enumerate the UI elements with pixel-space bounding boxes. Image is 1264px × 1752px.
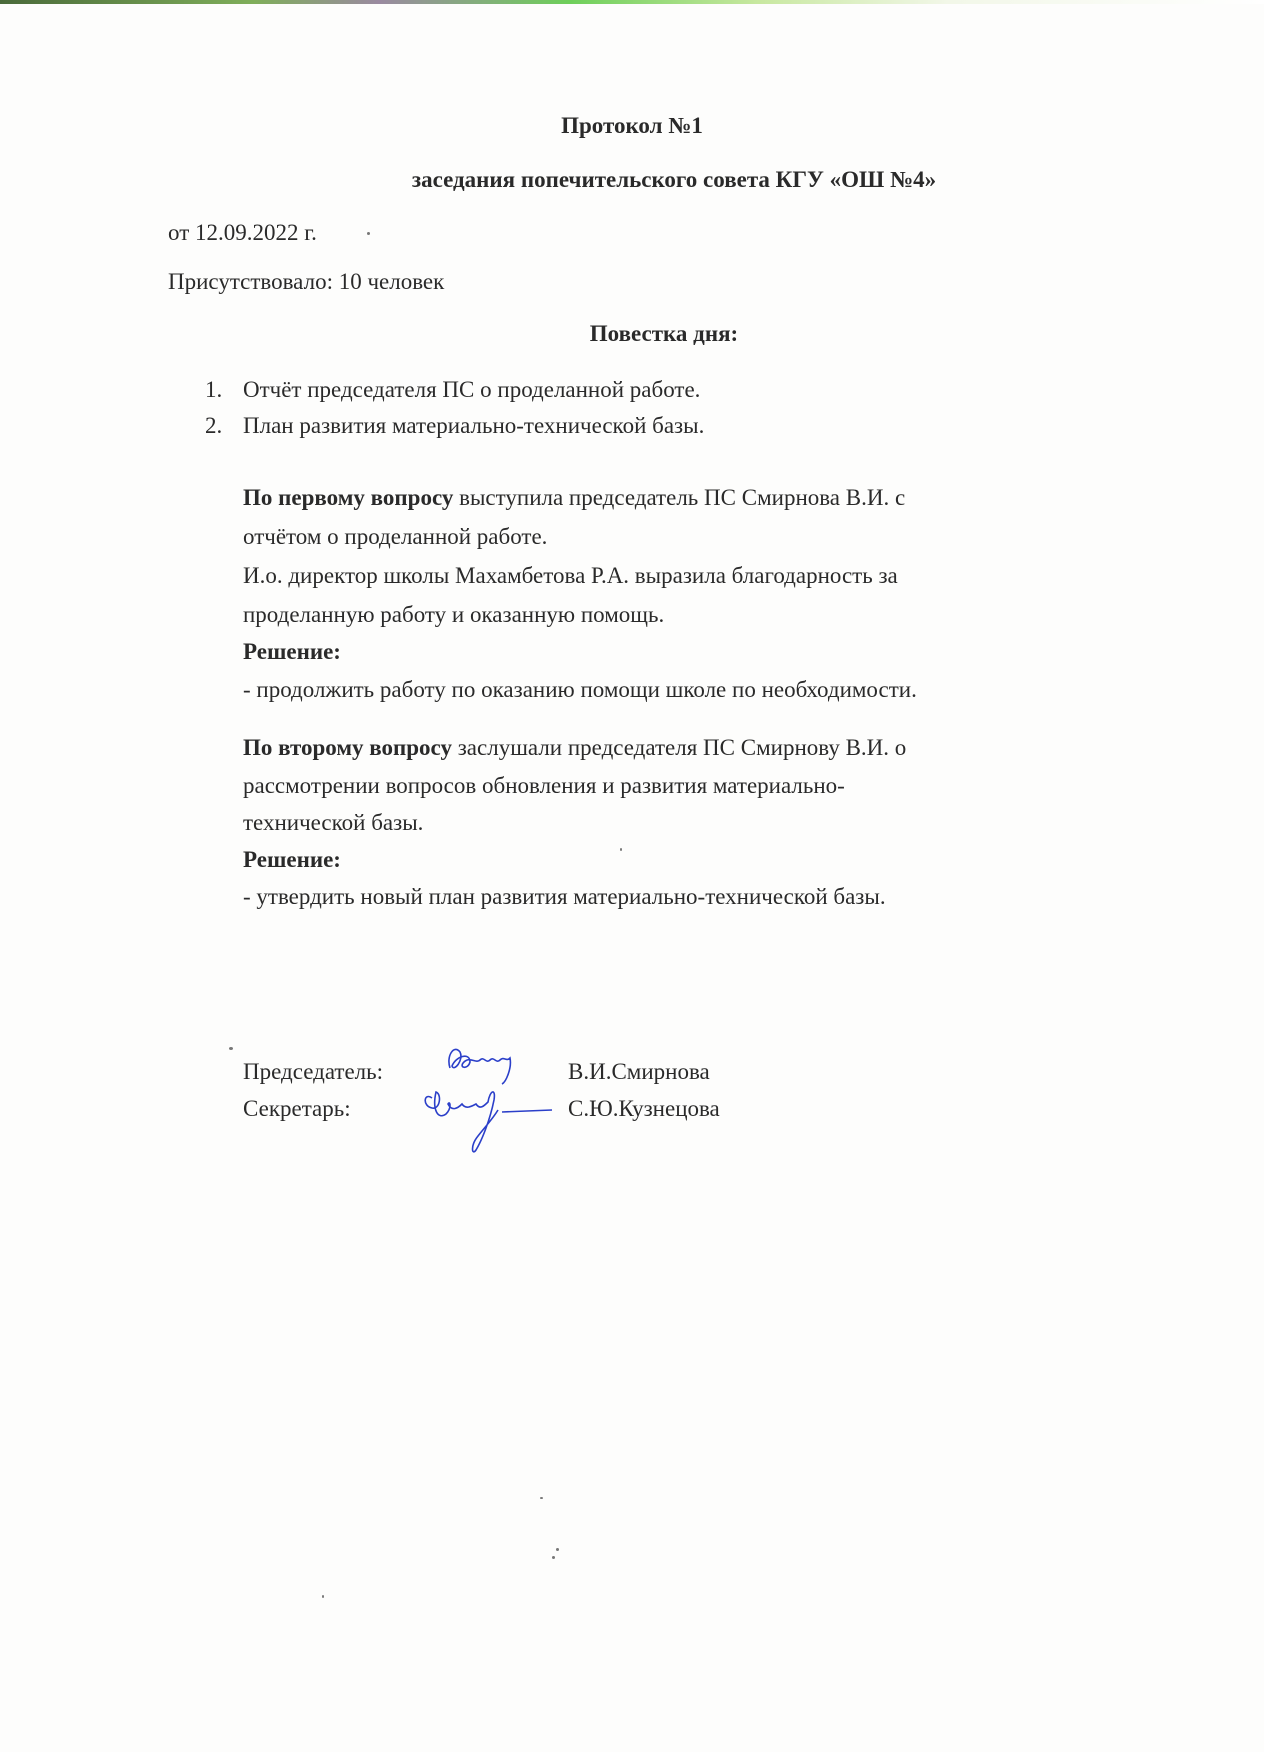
scan-edge-strip [0, 0, 1264, 4]
agenda-heading: Повестка дня: [32, 322, 1264, 345]
document-title: Протокол №1 [0, 114, 1264, 137]
scan-speck [540, 1497, 543, 1499]
question-1-text: выступила председатель ПС Смирнова В.И. … [453, 485, 905, 510]
question-1-decision-label: Решение: [243, 640, 341, 663]
question-1-line: проделанную работу и оказанную помощь. [243, 603, 664, 626]
attendance-line: Присутствовало: 10 человек [168, 270, 444, 293]
question-2-decision: - утвердить новый план развития материал… [243, 885, 886, 908]
document-subtitle: заседания попечительского совета КГУ «ОШ… [42, 168, 1264, 191]
agenda-item-number: 1. [205, 378, 222, 401]
scan-speck [367, 232, 370, 235]
scan-speck [552, 1556, 555, 1559]
question-1-first-line: По первому вопросу выступила председател… [243, 486, 905, 509]
question-1-line: И.о. директор школы Махамбетова Р.А. выр… [243, 564, 898, 587]
secretary-signature-icon [418, 1080, 558, 1160]
chairman-name: В.И.Смирнова [568, 1060, 710, 1083]
secretary-role: Секретарь: [243, 1097, 351, 1120]
question-2-text: заслушали председателя ПС Смирнову В.И. … [452, 735, 906, 760]
scan-speck [322, 1595, 324, 1598]
date-line: от 12.09.2022 г. [168, 221, 317, 244]
question-1-lead: По первому вопросу [243, 485, 453, 510]
secretary-name: С.Ю.Кузнецова [568, 1097, 720, 1120]
chairman-role: Председатель: [243, 1060, 383, 1083]
scan-speck [556, 1548, 559, 1551]
question-2-line: технической базы. [243, 811, 423, 834]
scan-speck [229, 1047, 233, 1050]
agenda-item-text: План развития материально-технической ба… [243, 414, 704, 437]
agenda-item-number: 2. [205, 414, 222, 437]
scan-speck [620, 848, 622, 851]
question-2-first-line: По второму вопросу заслушали председател… [243, 736, 906, 759]
agenda-item-text: Отчёт председателя ПС о проделанной рабо… [243, 378, 700, 401]
question-1-line: отчётом о проделанной работе. [243, 525, 547, 548]
question-1-decision: - продолжить работу по оказанию помощи ш… [243, 678, 917, 701]
question-2-decision-label: Решение: [243, 848, 341, 871]
question-2-lead: По второму вопросу [243, 735, 452, 760]
question-2-line: рассмотрении вопросов обновления и разви… [243, 774, 845, 797]
